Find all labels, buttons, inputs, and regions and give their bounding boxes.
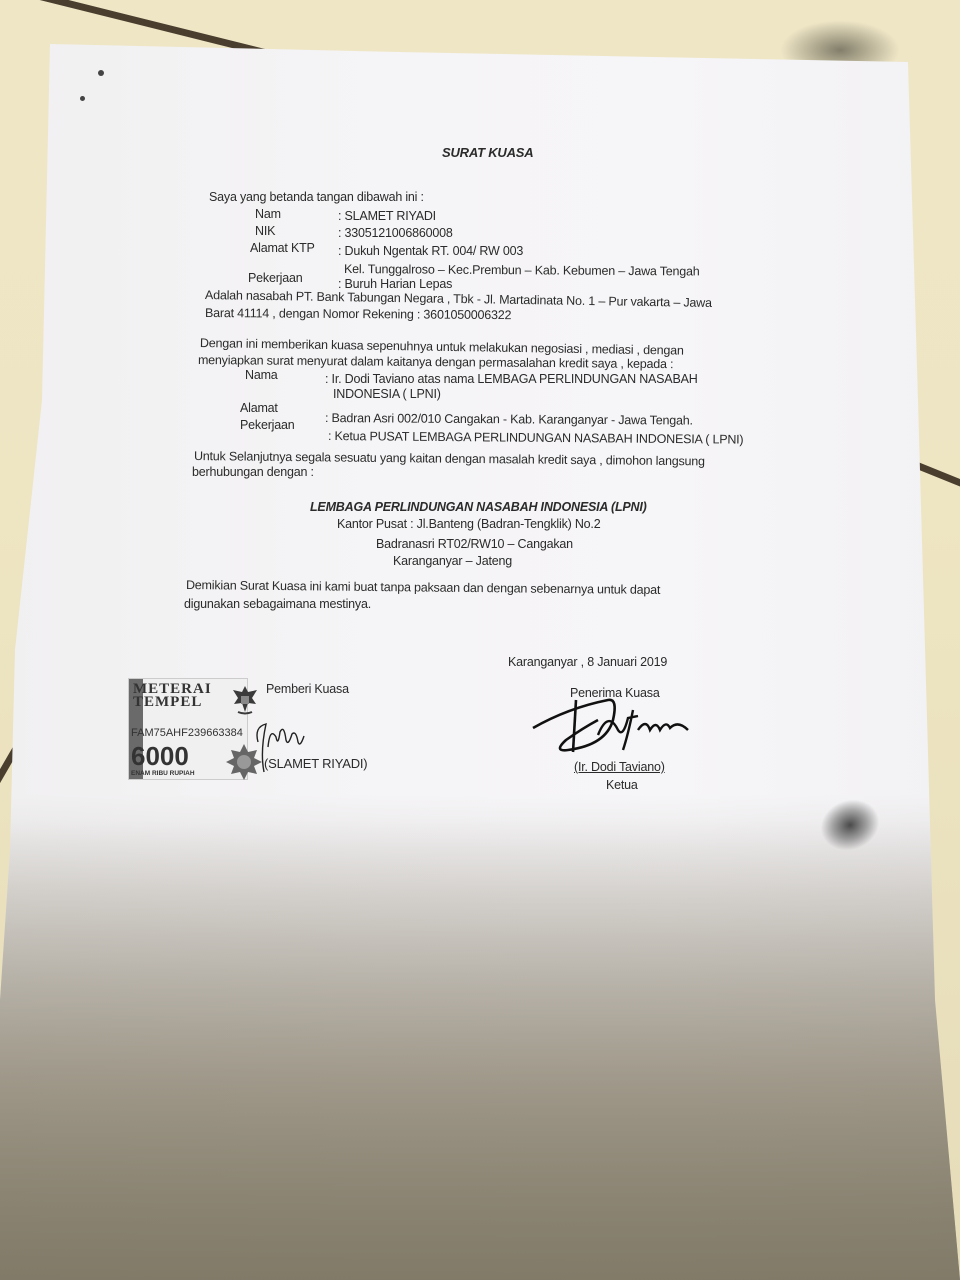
grantee-signature <box>528 690 703 760</box>
grantee-name: (Ir. Dodi Taviano) <box>574 760 665 774</box>
grantee-label-nama: Nama <box>245 368 278 382</box>
field-value-nama: : SLAMET RIYADI <box>338 209 436 223</box>
field-label-pekerjaan: Pekerjaan <box>248 271 303 285</box>
closing-line-2: digunakan sebagaimana mestinya. <box>184 597 371 611</box>
grantee-value-nama-2: INDONESIA ( LPNI) <box>333 387 441 401</box>
grantee-label-alamat: Alamat <box>240 401 278 415</box>
stamp-value-words: ENAM RIBU RUPIAH <box>131 770 195 777</box>
field-value-nik: : 3305121006860008 <box>338 226 453 240</box>
document-title: SURAT KUASA <box>442 145 533 160</box>
org-address-3: Karanganyar – Jateng <box>393 554 512 568</box>
field-label-nik: NIK <box>255 224 275 238</box>
org-address-1: Kantor Pusat : Jl.Banteng (Badran-Tengkl… <box>337 517 600 531</box>
grantee-value-pekerjaan: : Ketua PUSAT LEMBAGA PERLINDUNGAN NASAB… <box>328 429 744 447</box>
stamp-value: 6000 <box>131 743 189 769</box>
closing-line-1: Demikian Surat Kuasa ini kami buat tanpa… <box>186 578 660 597</box>
field-value-pekerjaan: : Buruh Harian Lepas <box>338 277 452 291</box>
surat-kuasa-document: SURAT KUASA Saya yang betanda tangan dib… <box>0 0 960 1280</box>
field-label-alamat: Alamat KTP <box>250 241 315 255</box>
grantee-title: Ketua <box>606 778 638 792</box>
grantee-value-alamat: : Badran Asri 002/010 Cangakan - Kab. Ka… <box>325 411 693 428</box>
stamp-code: FAM75AHF239663384 <box>131 727 243 739</box>
org-name: LEMBAGA PERLINDUNGAN NASABAH INDONESIA (… <box>310 500 647 514</box>
org-address-2: Badranasri RT02/RW10 – Cangakan <box>376 537 573 551</box>
field-label-nama: Nam <box>255 207 281 221</box>
grantee-value-nama: : Ir. Dodi Taviano atas nama LEMBAGA PER… <box>325 372 698 386</box>
contact-line-2: berhubungan dengan : <box>192 465 314 479</box>
intro-text: Saya yang betanda tangan dibawah ini : <box>209 190 424 204</box>
thumbprint-mark <box>813 791 886 859</box>
grantor-signature <box>248 712 318 782</box>
field-value-alamat-2: Kel. Tunggalroso – Kec.Prembun – Kab. Ke… <box>344 262 700 278</box>
grantor-name: (SLAMET RIYADI) <box>264 756 367 771</box>
place-date: Karanganyar , 8 Januari 2019 <box>508 655 667 669</box>
grantor-role: Pemberi Kuasa <box>266 682 349 696</box>
field-value-alamat: : Dukuh Ngentak RT. 004/ RW 003 <box>338 244 523 258</box>
grantee-label-pekerjaan: Pekerjaan <box>240 418 295 432</box>
customer-line-2: Barat 41114 , dengan Nomor Rekening : 36… <box>205 306 511 322</box>
